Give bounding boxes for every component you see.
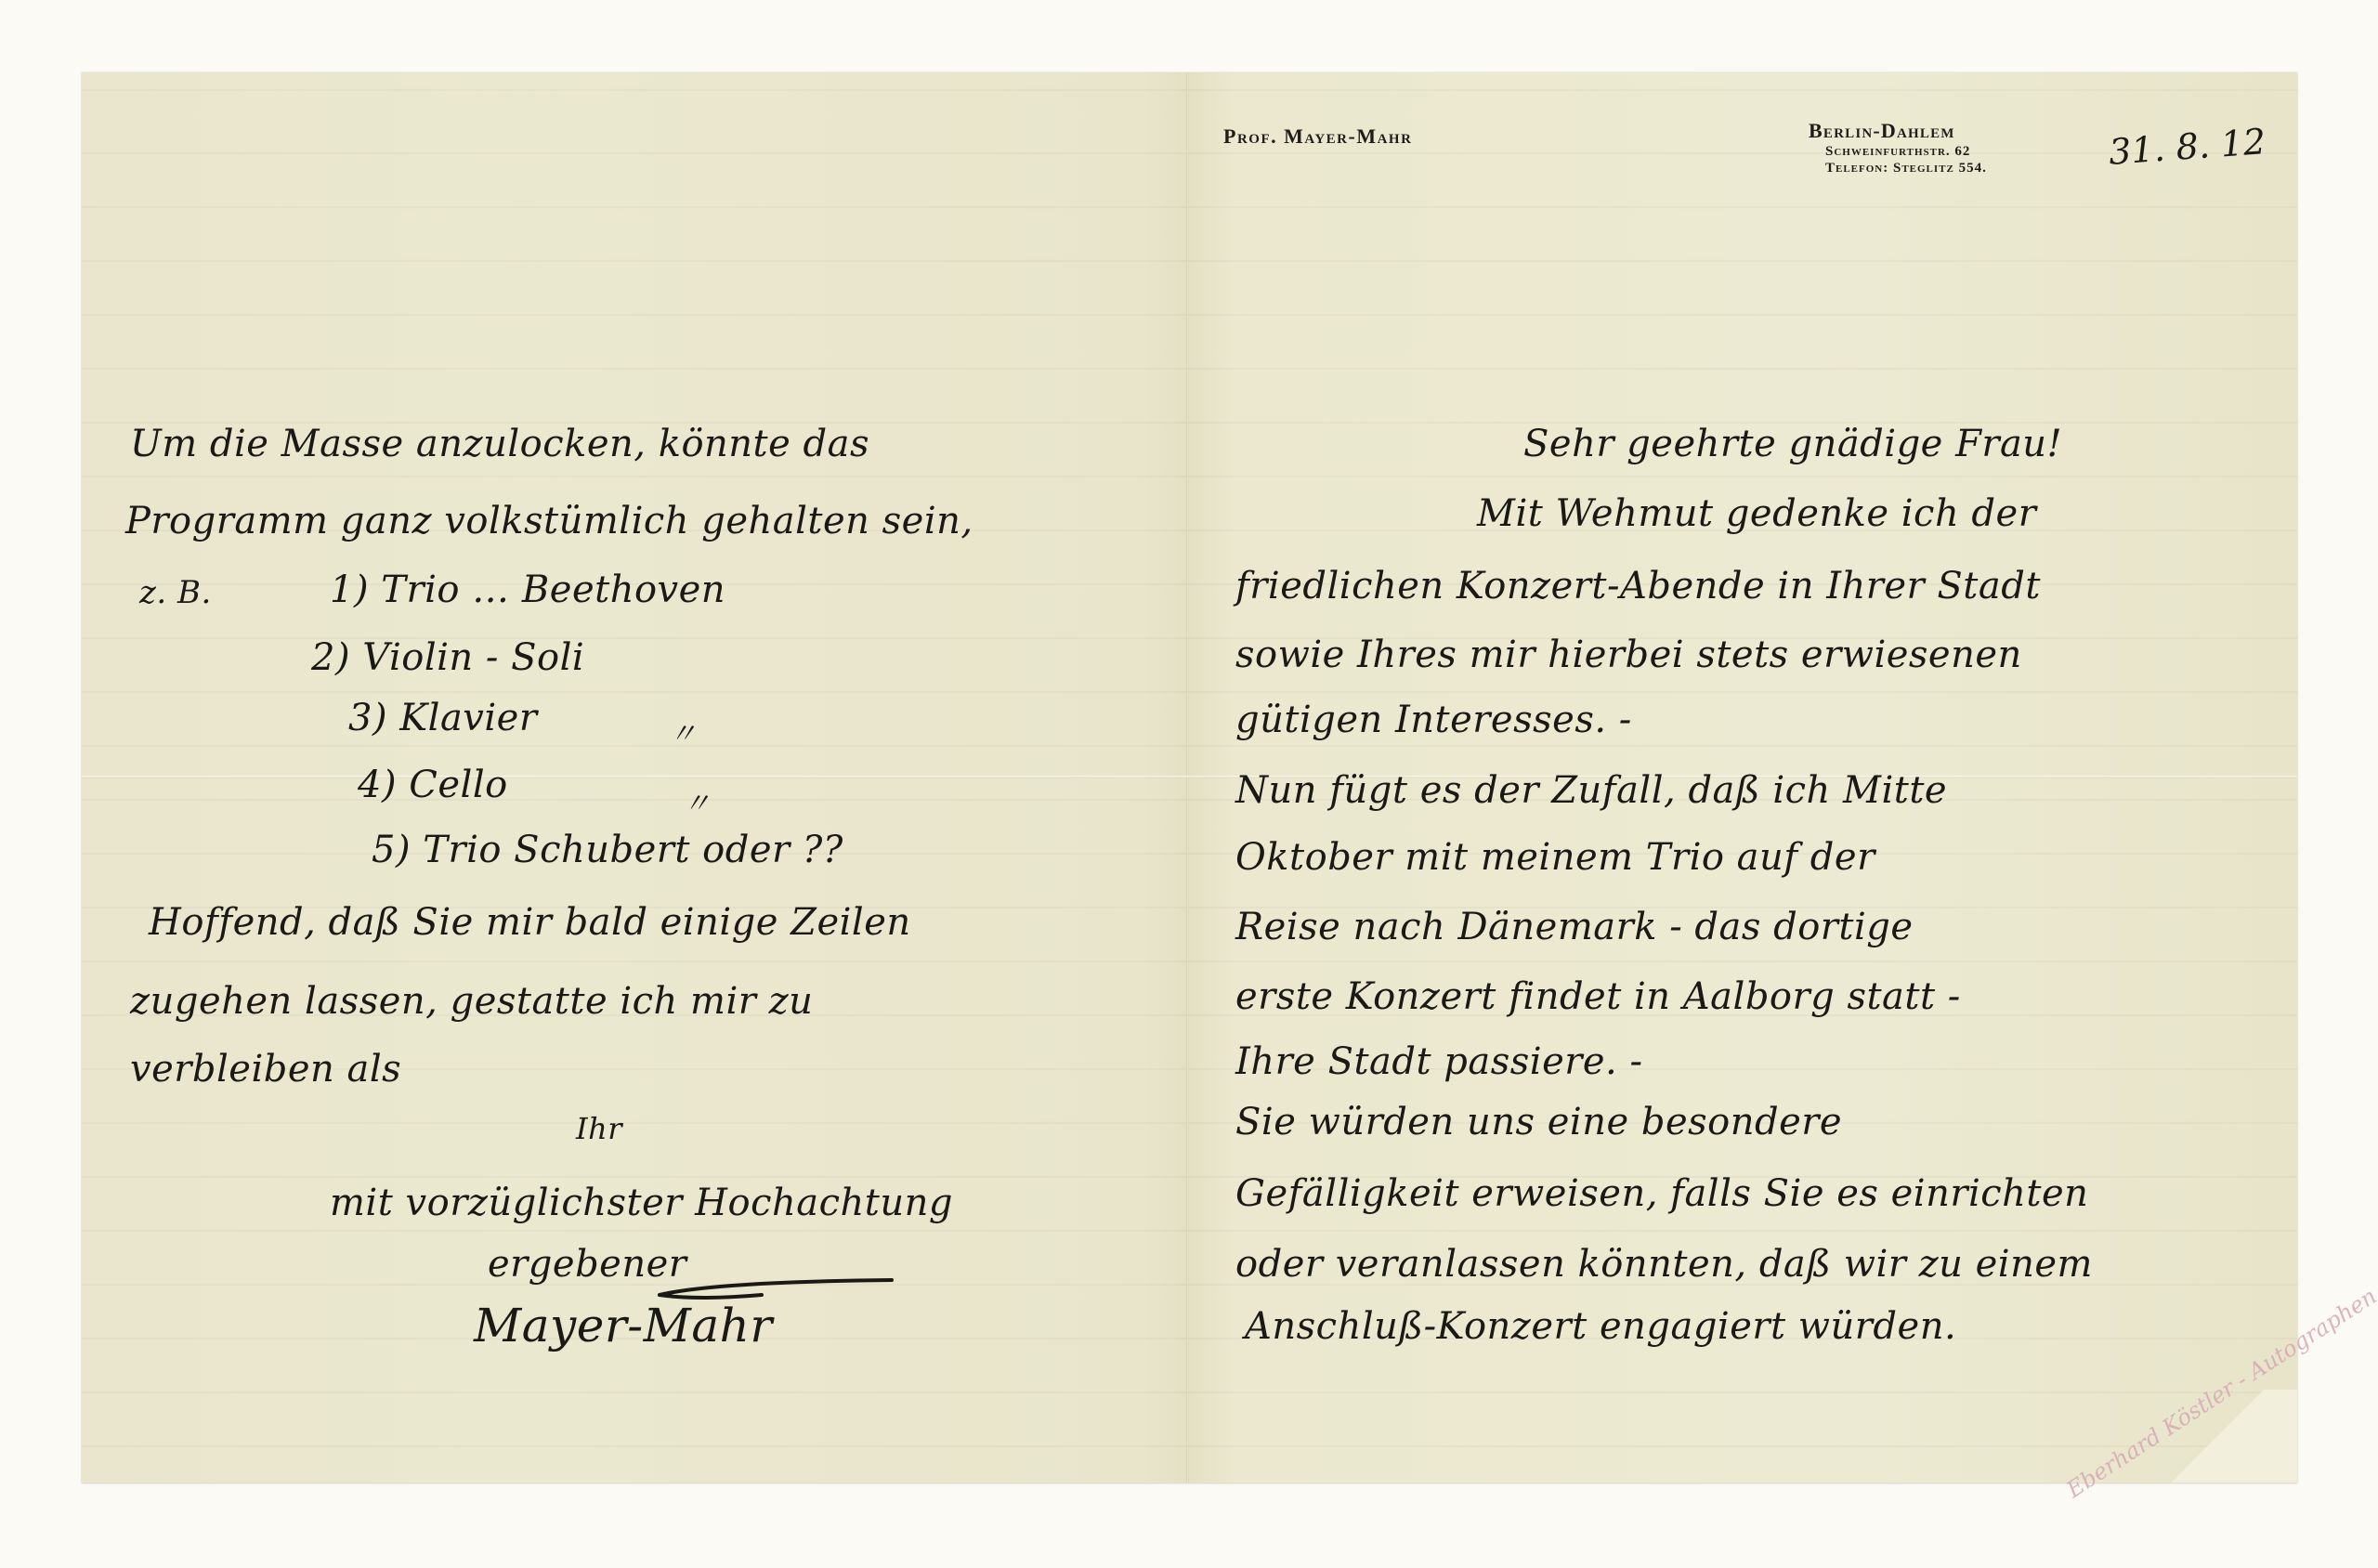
letterhead-name: Prof. Mayer-Mahr bbox=[1223, 124, 1412, 149]
program-item-4: 4) Cello bbox=[358, 764, 508, 806]
left-line-1: Um die Masse anzulocken, könnte das bbox=[130, 423, 869, 465]
left-line-closing-1: Hoffend, daß Sie mir bald einige Zeilen bbox=[149, 901, 911, 944]
program-item-1: 1) Trio … Beethoven bbox=[330, 568, 725, 611]
left-line-closing-3: verbleiben als bbox=[130, 1048, 401, 1091]
letterhead-city: Berlin-Dahlem bbox=[1809, 119, 1987, 143]
ditto-mark-1: 〃 bbox=[669, 711, 698, 751]
salutation-ihr: Ihr bbox=[576, 1111, 622, 1146]
signature-underline bbox=[641, 1274, 910, 1302]
letterhead-street: Schweinfurthstr. 62 bbox=[1809, 143, 1987, 160]
program-item-5: 5) Trio Schubert oder ?? bbox=[372, 829, 843, 871]
right-line-6: Oktober mit meinem Trio auf der bbox=[1235, 836, 1875, 879]
right-line-9: Ihre Stadt passiere. - bbox=[1235, 1040, 1643, 1083]
letterhead-phone: Telefon: Steglitz 554. bbox=[1809, 160, 1987, 176]
left-line-closing-2: zugehen lassen, gestatte ich mir zu bbox=[130, 980, 813, 1023]
right-line-7: Reise nach Dänemark - das dortige bbox=[1235, 906, 1914, 948]
right-salutation: Sehr geehrte gnädige Frau! bbox=[1523, 423, 2062, 465]
left-line-2: Programm ganz volkstümlich gehalten sein… bbox=[125, 500, 973, 542]
left-line-3: z. B. bbox=[139, 574, 212, 611]
program-item-3: 3) Klavier bbox=[348, 697, 537, 739]
right-line-10: Sie würden uns eine besondere bbox=[1235, 1101, 1842, 1143]
right-line-3: sowie Ihres mir hierbei stets erwiesenen bbox=[1235, 634, 2022, 676]
letterhead-address: Berlin-Dahlem Schweinfurthstr. 62 Telefo… bbox=[1809, 119, 1987, 176]
right-line-5: Nun fügt es der Zufall, daß ich Mitte bbox=[1235, 769, 1947, 812]
closing-phrase: mit vorzüglichster Hochachtung bbox=[330, 1182, 953, 1224]
right-line-12: oder veranlassen könnten, daß wir zu ein… bbox=[1235, 1243, 2093, 1286]
right-line-4: gütigen Interesses. - bbox=[1235, 699, 1632, 741]
right-line-13: Anschluß-Konzert engagiert würden. bbox=[1245, 1305, 1956, 1348]
program-item-2: 2) Violin - Soli bbox=[311, 636, 584, 679]
right-line-11: Gefälligkeit erweisen, falls Sie es einr… bbox=[1235, 1172, 2088, 1215]
right-line-1: Mit Wehmut gedenke ich der bbox=[1477, 492, 2036, 535]
ditto-mark-2: 〃 bbox=[683, 780, 712, 821]
right-line-8: erste Konzert findet in Aalborg statt - bbox=[1235, 975, 1961, 1018]
right-line-2: friedlichen Konzert-Abende in Ihrer Stad… bbox=[1235, 565, 2041, 608]
signature: Mayer-Mahr bbox=[474, 1299, 773, 1352]
